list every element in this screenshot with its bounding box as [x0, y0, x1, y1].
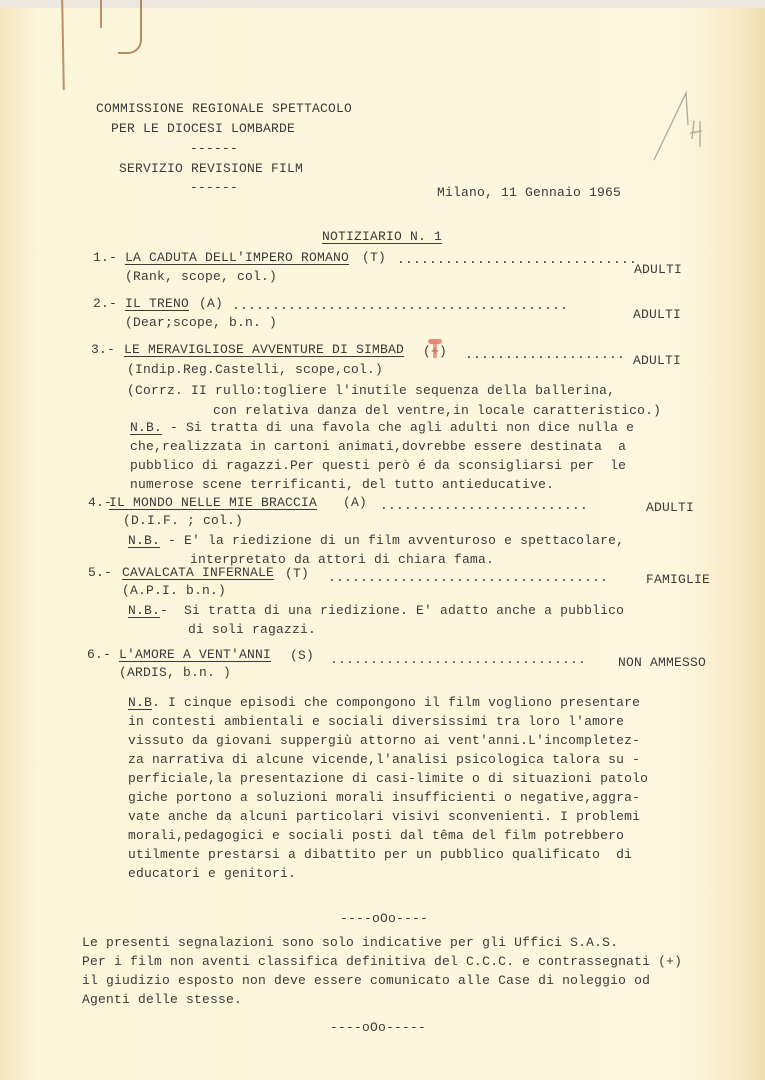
place-date: Milano, 11 Gennaio 1965: [437, 185, 621, 201]
header-separator: ------: [190, 141, 238, 157]
dot-leader: ....................: [465, 347, 625, 363]
org-name-line1: COMMISSIONE REGIONALE SPETTACOLO: [96, 101, 352, 117]
film-title: IL MONDO NELLE MIE BRACCIA: [109, 495, 317, 511]
scan-edge: [0, 0, 765, 8]
film-title: L'AMORE A VENT'ANNI: [119, 647, 271, 663]
nb-text: perficiale,la presentazione di casi-limi…: [128, 771, 648, 787]
film-number: 3.-: [91, 342, 115, 358]
nb-text: di soli ragazzi.: [188, 622, 316, 638]
film-rating: ADULTI: [634, 262, 682, 278]
film-code: (T): [362, 250, 386, 266]
nb-text: giche portono a soluzioni morali insuffi…: [128, 790, 640, 806]
nb-note: N.B. I cinque episodi che compongono il …: [128, 695, 640, 711]
dot-leader: ...................................: [328, 570, 608, 586]
nb-text: utilmente prestarsi a dibattito per un p…: [128, 847, 632, 863]
film-details: (ARDIS, b.n. ): [119, 665, 231, 681]
film-number: 5.-: [88, 565, 112, 581]
film-number: 6.-: [87, 647, 111, 663]
header-separator: ------: [190, 180, 238, 196]
film-code: (S): [290, 648, 314, 664]
dot-leader: ........................................…: [232, 298, 568, 314]
nb-text: za narrativa di alcune vicende,l'analisi…: [128, 752, 640, 768]
film-details: (Indip.Reg.Castelli, scope,col.): [127, 362, 383, 378]
nb-text: vissuto da giovani suppergiù attorno ai …: [128, 733, 640, 749]
film-title: LE MERAVIGLIOSE AVVENTURE DI SIMBAD: [124, 342, 404, 358]
org-name-line2: PER LE DIOCESI LOMBARDE: [111, 121, 295, 137]
film-rating: NON AMMESSO: [618, 655, 706, 671]
footer-note: Per i film non aventi classifica definit…: [82, 954, 682, 970]
nb-text: educatori e genitori.: [128, 866, 296, 882]
nb-text: - E' la riedizione di un film avventuros…: [160, 533, 624, 548]
nb-text: - Si tratta di una favola che agli adult…: [162, 420, 634, 435]
section-separator: ----oOo----: [340, 911, 428, 927]
film-details: (A.P.I. b.n.): [122, 583, 226, 599]
nb-label: N.B: [128, 695, 152, 710]
film-rating: ADULTI: [633, 307, 681, 323]
nb-note: N.B. - E' la riedizione di un film avven…: [128, 533, 624, 549]
bulletin-title: NOTIZIARIO N. 1: [322, 229, 442, 245]
film-correction: (Corrz. II rullo:togliere l'inutile sequ…: [127, 383, 615, 399]
staple-stain: [118, 0, 142, 54]
nb-note: N.B. - Si tratta di una favola che agli …: [130, 420, 634, 436]
nb-note: N.B.- Si tratta di una riedizione. E' ad…: [128, 603, 624, 619]
film-title: CAVALCATA INFERNALE: [122, 565, 274, 581]
service-name: SERVIZIO REVISIONE FILM: [119, 161, 303, 177]
nb-label: N.B.: [128, 533, 160, 548]
film-details: (Rank, scope, col.): [125, 269, 277, 285]
film-rating: FAMIGLIE: [646, 572, 710, 588]
nb-label: N.B.: [130, 420, 162, 435]
nb-text: pubblico di ragazzi.Per questi però é da…: [130, 458, 626, 474]
handwritten-mark-icon: [650, 85, 720, 165]
nb-text: numerose scene terrificanti, del tutto a…: [130, 477, 554, 493]
section-separator: ----oOo-----: [330, 1020, 426, 1036]
footer-note: Agenti delle stesse.: [82, 992, 242, 1008]
nb-text: morali,pedagogici e sociali posti dal tê…: [128, 828, 624, 844]
film-details: (D.I.F. ; col.): [123, 513, 243, 529]
film-number: 2.-: [93, 296, 117, 312]
nb-text: . I cinque episodi che compongono il fil…: [152, 695, 640, 710]
dot-leader: ..........................: [380, 498, 588, 514]
staple-stain: [61, 0, 65, 90]
dot-leader: ................................: [330, 652, 586, 668]
document-page: COMMISSIONE REGIONALE SPETTACOLO PER LE …: [0, 0, 765, 1080]
film-rating: ADULTI: [633, 353, 681, 369]
nb-text: che,realizzata in cartoni animati,dovreb…: [130, 439, 626, 455]
film-code: (A): [199, 296, 223, 312]
footer-note: Le presenti segnalazioni sono solo indic…: [82, 935, 618, 951]
film-title: LA CADUTA DELL'IMPERO ROMANO: [125, 250, 349, 266]
red-pencil-mark: [433, 342, 437, 358]
film-code: (T): [285, 566, 309, 582]
nb-text: vate anche da alcuni particolari visivi …: [128, 809, 640, 825]
film-correction: con relativa danza del ventre,in locale …: [213, 403, 661, 419]
staple-stain: [100, 0, 102, 28]
nb-text: - Si tratta di una riedizione. E' adatto…: [160, 603, 624, 618]
footer-note: il giudizio esposto non deve essere comu…: [82, 973, 650, 989]
film-details: (Dear;scope, b.n. ): [125, 315, 277, 331]
nb-label: N.B.: [128, 603, 160, 618]
film-title: IL TRENO: [125, 296, 189, 312]
film-rating: ADULTI: [646, 500, 694, 516]
film-number: 1.-: [93, 250, 117, 266]
nb-text: in contesti ambientali e sociali diversi…: [128, 714, 624, 730]
film-code: (A): [343, 495, 367, 511]
dot-leader: ..............................: [397, 252, 637, 268]
